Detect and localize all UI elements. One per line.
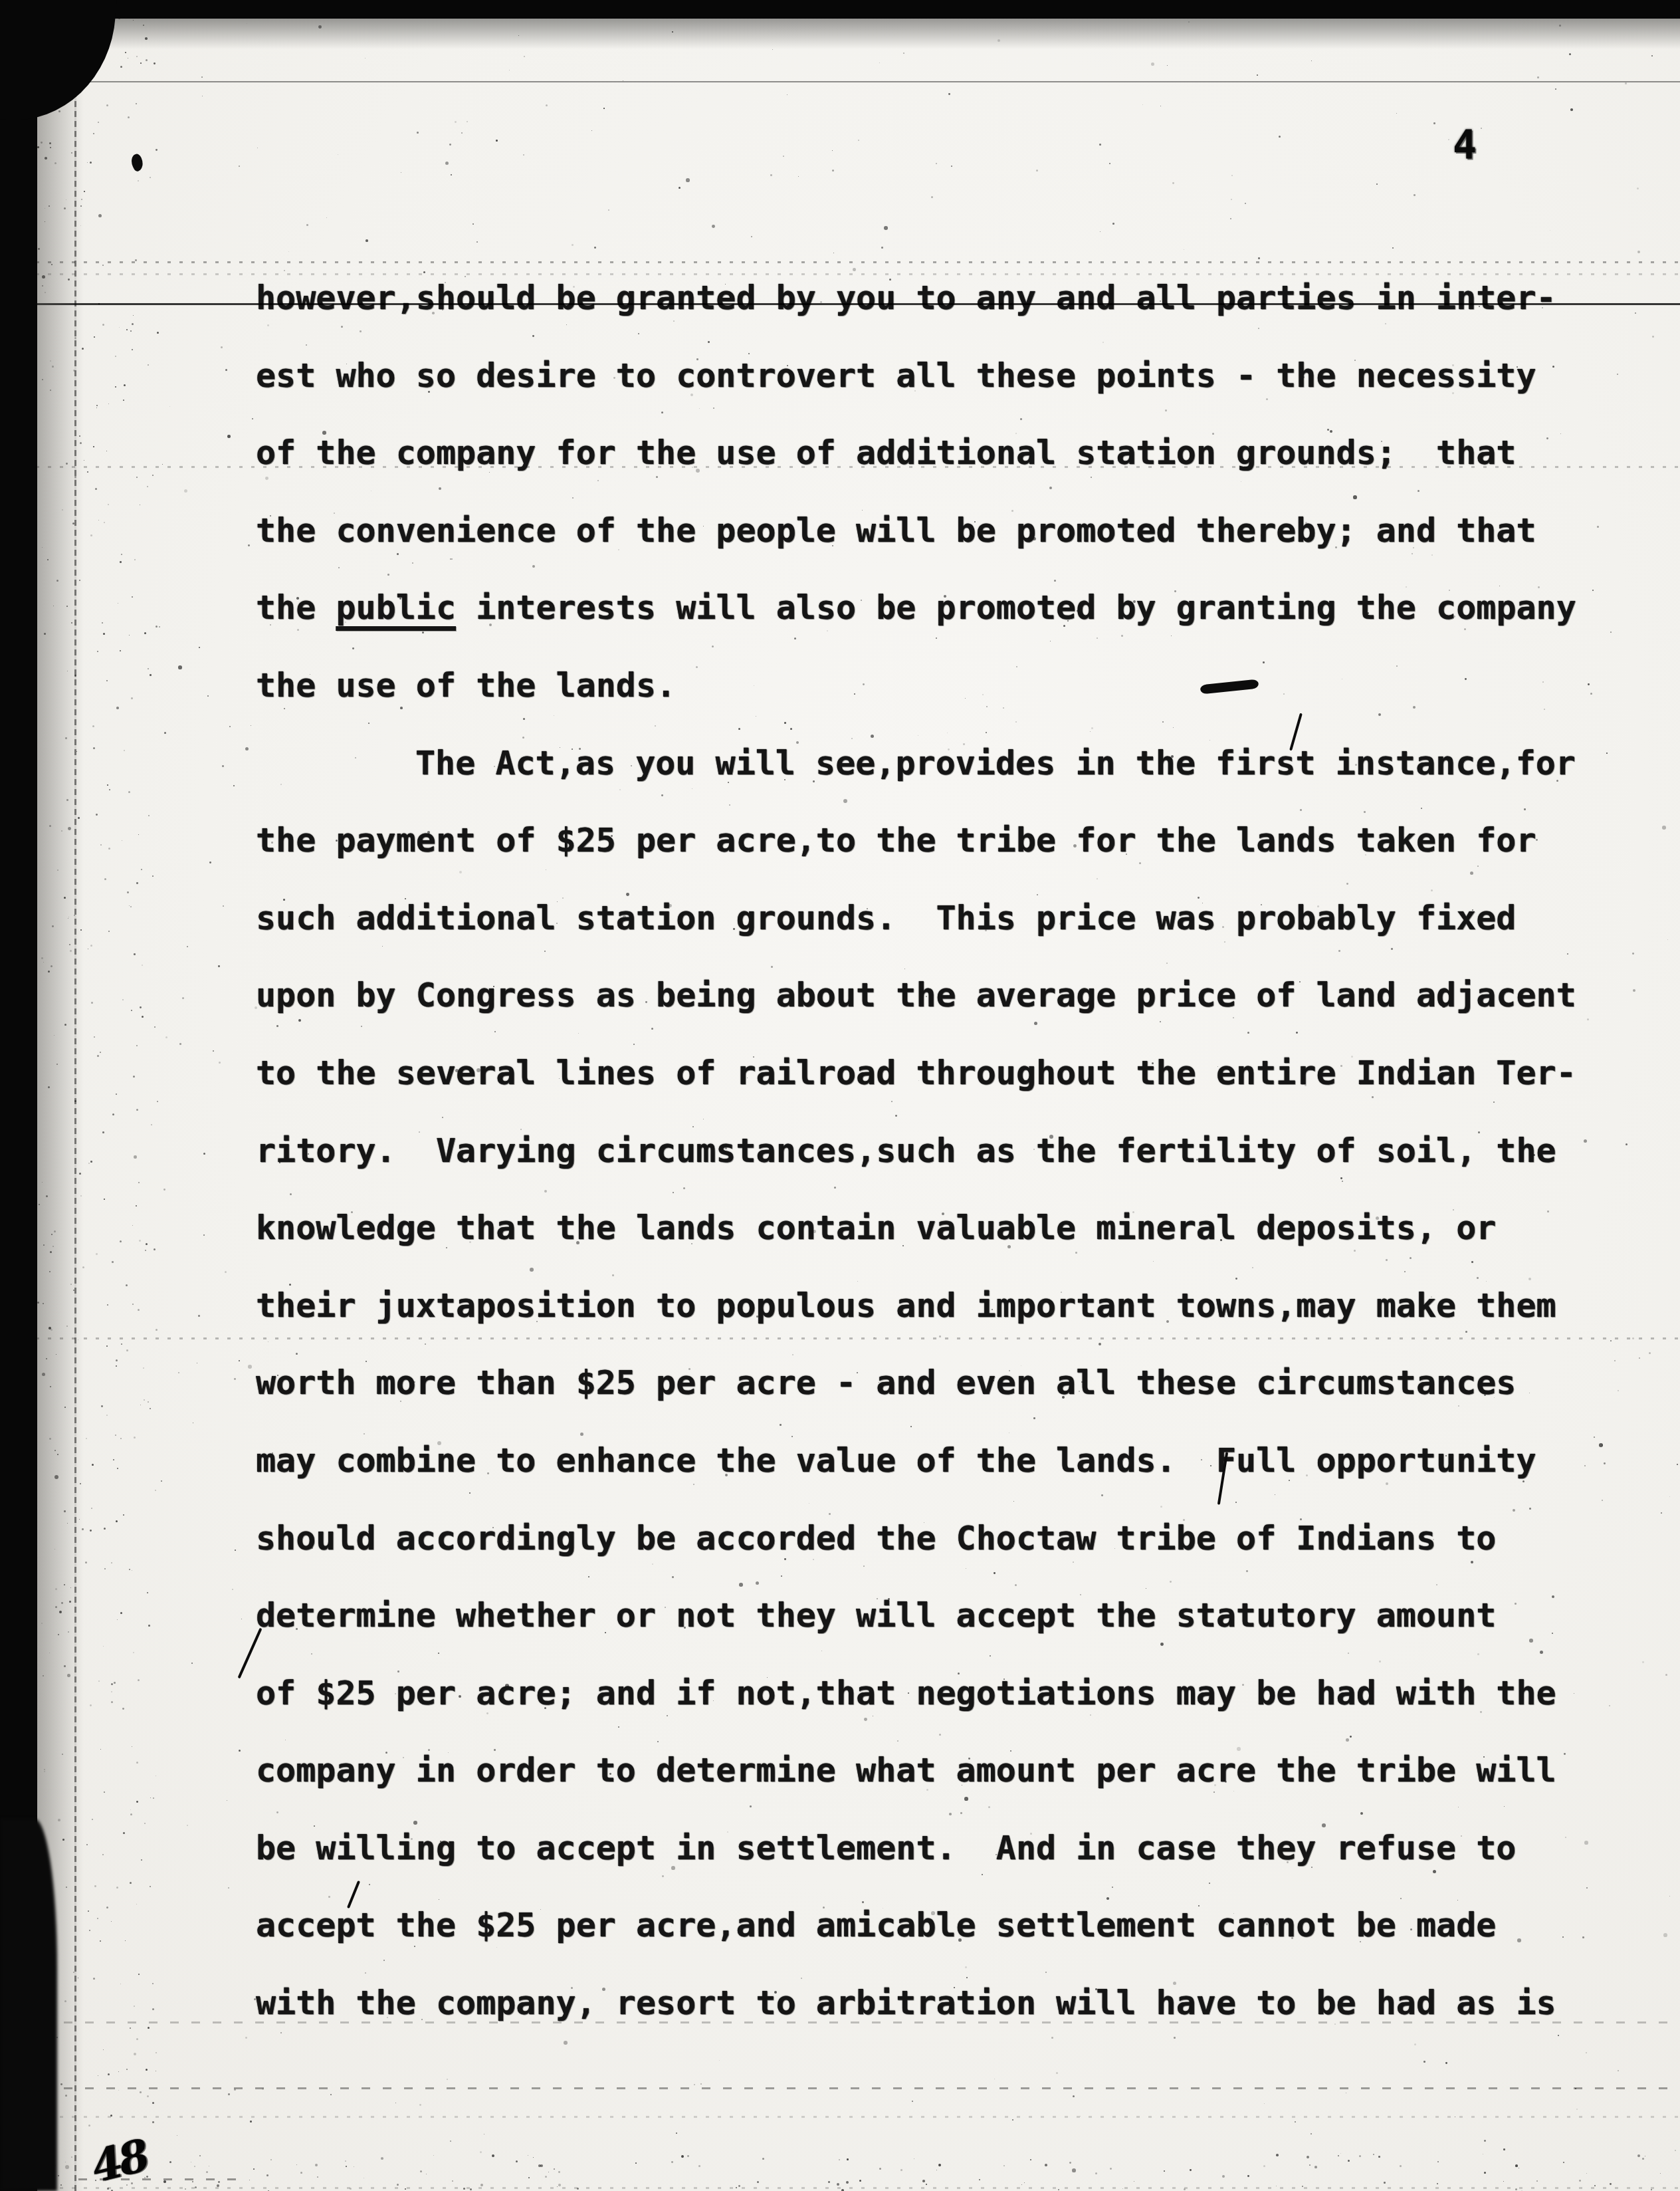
speck <box>178 1372 179 1373</box>
speck <box>123 400 124 401</box>
speck <box>1164 2170 1165 2172</box>
speck <box>1675 2150 1676 2151</box>
speck <box>1314 2166 1317 2168</box>
speck <box>111 1701 113 1703</box>
speck <box>417 132 419 134</box>
speck <box>1095 2172 1097 2174</box>
speck <box>234 1378 236 1380</box>
speck <box>118 603 118 604</box>
speck <box>120 650 121 651</box>
speck <box>914 2158 914 2159</box>
scan-artifact-line <box>0 2187 1680 2189</box>
speck <box>121 1343 122 1345</box>
speck <box>545 2176 547 2178</box>
speck <box>1437 2161 1439 2162</box>
speck <box>712 225 715 228</box>
speck <box>1110 2168 1112 2170</box>
speck <box>251 725 251 726</box>
speck <box>141 869 142 870</box>
typewritten-text: however,should be granted by you to any … <box>256 259 1658 2042</box>
speck <box>698 2165 700 2167</box>
scan-artifact-line <box>0 2021 1680 2023</box>
speck <box>492 2154 494 2157</box>
speck <box>115 386 116 388</box>
speck <box>136 1045 138 1046</box>
speck <box>1661 1512 1662 1514</box>
speck <box>572 244 574 246</box>
speck <box>129 635 130 635</box>
speck <box>1231 199 1232 200</box>
speck <box>179 1043 181 1045</box>
speck <box>136 56 138 57</box>
speck <box>138 180 139 181</box>
speck <box>100 1940 101 1942</box>
speck <box>1245 203 1246 204</box>
speck <box>121 554 122 555</box>
speck <box>115 1435 116 1436</box>
speck <box>96 1253 98 1255</box>
speck <box>476 241 478 243</box>
speck <box>533 2157 534 2158</box>
speck <box>1346 2093 1346 2093</box>
speck <box>1637 251 1640 253</box>
speck <box>445 162 449 165</box>
speck <box>1099 144 1101 146</box>
speck <box>345 2160 346 2162</box>
speck <box>1024 2182 1025 2183</box>
speck <box>192 2181 193 2182</box>
speck <box>1550 230 1550 231</box>
speck <box>120 1984 121 1984</box>
speck <box>1503 2181 1504 2182</box>
scan-artifact-line <box>0 273 1680 275</box>
speck <box>232 1589 233 1590</box>
speck <box>136 1205 137 1207</box>
speck <box>118 2071 119 2072</box>
speck <box>84 191 85 192</box>
speck <box>554 2168 555 2170</box>
speck <box>1384 2182 1386 2184</box>
speck <box>187 1825 188 1826</box>
text-line: may combine to enhance the value of the … <box>256 1422 1658 1500</box>
speck <box>679 187 681 189</box>
speck <box>143 1367 144 1369</box>
speck <box>209 2166 209 2166</box>
speck <box>1338 2155 1339 2156</box>
speck <box>241 1619 242 1619</box>
speck <box>108 404 109 404</box>
speck <box>426 2174 427 2174</box>
speck <box>676 2133 677 2134</box>
speck <box>1142 104 1143 105</box>
speck <box>1396 113 1397 114</box>
speck <box>249 2180 250 2180</box>
speck <box>153 1797 154 1799</box>
speck <box>96 814 98 816</box>
text-line: such additional station grounds. This pr… <box>256 879 1658 957</box>
speck <box>148 1625 150 1627</box>
speck <box>152 875 154 877</box>
margin-rule-horizontal <box>72 81 1680 82</box>
speck <box>197 1363 197 1363</box>
speck <box>1481 128 1482 129</box>
speck <box>1151 62 1154 66</box>
speck <box>288 251 289 252</box>
speck <box>133 1076 135 1078</box>
speck <box>136 1801 138 1803</box>
speck <box>798 176 799 177</box>
speck <box>936 2170 937 2170</box>
speck <box>252 418 253 419</box>
speck <box>719 2060 720 2061</box>
speck <box>202 96 203 96</box>
speck <box>233 785 235 786</box>
speck <box>257 148 258 148</box>
speck <box>151 1124 152 1125</box>
speck <box>365 58 366 58</box>
speck <box>1058 2189 1059 2190</box>
speck <box>104 1199 105 1200</box>
speck <box>1184 249 1184 250</box>
speck <box>694 2084 695 2085</box>
speck <box>1045 2164 1047 2166</box>
speck <box>131 697 133 699</box>
speck <box>104 1791 105 1793</box>
speck <box>245 747 249 750</box>
speck <box>227 435 231 438</box>
speck <box>126 1349 128 1351</box>
speck <box>98 2075 98 2076</box>
speck <box>484 2134 484 2134</box>
speck <box>122 999 124 1000</box>
speck <box>1651 2189 1652 2190</box>
speck <box>509 70 510 70</box>
speck <box>225 369 227 371</box>
speck <box>156 149 157 151</box>
speck <box>1669 1496 1670 1497</box>
speck <box>111 1921 112 1922</box>
speck <box>1594 2185 1596 2186</box>
speck <box>922 2180 925 2182</box>
speck <box>401 172 401 173</box>
speck <box>92 725 94 727</box>
speck <box>1484 2140 1486 2142</box>
speck <box>132 349 133 350</box>
speck <box>783 156 784 157</box>
speck <box>138 1974 140 1975</box>
speck <box>1378 2156 1380 2158</box>
speck <box>201 76 203 78</box>
speck <box>194 2166 195 2167</box>
speck <box>317 2176 318 2178</box>
speck <box>397 2184 399 2186</box>
speck <box>538 2164 541 2167</box>
speck <box>1100 231 1101 232</box>
speck <box>229 726 231 727</box>
speck <box>95 488 97 490</box>
speck <box>169 2161 171 2163</box>
speck <box>144 1399 145 1401</box>
speck <box>461 132 463 134</box>
speck <box>130 1882 132 1884</box>
speck <box>199 2155 201 2156</box>
speck <box>1072 2168 1076 2172</box>
text-line: of $25 per acre; and if not,that negotia… <box>256 1655 1658 1732</box>
speck <box>540 2164 543 2167</box>
speck <box>603 108 605 109</box>
underlined-word: public <box>336 588 456 627</box>
speck <box>124 384 126 386</box>
speck <box>1586 2052 1587 2053</box>
speck <box>159 626 160 628</box>
speck <box>182 997 184 999</box>
speck <box>148 2027 150 2029</box>
speck <box>88 1910 89 1912</box>
speck <box>101 1405 103 1407</box>
speck <box>108 504 109 505</box>
speck <box>594 247 596 249</box>
speck <box>239 1750 241 1752</box>
speck <box>926 2184 927 2185</box>
speck <box>203 1153 205 1155</box>
speck <box>936 163 937 164</box>
speck <box>296 2164 297 2165</box>
speck <box>116 1520 118 1522</box>
speck <box>125 52 126 53</box>
speck <box>833 253 834 253</box>
speck <box>106 680 108 681</box>
speck <box>106 451 107 451</box>
speck <box>1392 247 1394 249</box>
speck <box>162 464 163 465</box>
speck <box>134 953 136 955</box>
speck <box>250 2121 252 2123</box>
speck <box>148 364 149 366</box>
speck <box>106 1415 108 1416</box>
speck <box>1445 2062 1447 2064</box>
speck <box>1610 2183 1612 2185</box>
speck <box>138 1679 140 1681</box>
speck <box>145 1250 146 1251</box>
speck <box>147 1592 148 1593</box>
scan-artifact-line <box>0 303 1680 305</box>
speck <box>130 2027 131 2029</box>
speck <box>248 544 250 546</box>
speck <box>111 1691 112 1692</box>
speck <box>452 2180 453 2182</box>
page-number: 4 <box>1453 122 1477 169</box>
speck <box>97 651 98 652</box>
speck <box>128 791 130 793</box>
speck <box>93 747 95 749</box>
speck <box>546 104 548 106</box>
speck <box>223 905 224 907</box>
speck <box>330 2094 332 2095</box>
speck <box>157 332 159 334</box>
speck <box>111 1562 112 1563</box>
speck <box>420 2170 422 2172</box>
speck <box>1172 182 1174 184</box>
speck <box>1348 2160 1350 2162</box>
speck <box>879 62 880 63</box>
speck <box>106 1345 108 1347</box>
speck <box>122 1708 124 1710</box>
speck <box>1483 2154 1483 2154</box>
text-line: knowledge that the lands contain valuabl… <box>256 1189 1658 1267</box>
speck <box>120 1438 122 1439</box>
speck <box>177 2135 177 2136</box>
speck <box>228 2093 230 2095</box>
speck <box>178 665 182 669</box>
speck <box>136 1904 137 1904</box>
speck <box>130 330 132 332</box>
speck <box>108 2073 110 2075</box>
speck <box>1484 2172 1486 2174</box>
speck <box>516 2160 518 2162</box>
speck <box>338 154 338 155</box>
scanned-document-page: 4 however,should be granted by you to an… <box>0 0 1680 2191</box>
speck <box>146 1243 148 1245</box>
speck <box>395 2103 396 2103</box>
speck <box>152 475 154 476</box>
text-line: of the company for the use of additional… <box>256 414 1658 492</box>
speck <box>191 2162 191 2162</box>
speck <box>1423 2061 1425 2063</box>
speck <box>979 2179 980 2180</box>
text-line: however,should be granted by you to any … <box>256 259 1658 337</box>
speck <box>96 407 97 408</box>
speck <box>1586 2173 1587 2174</box>
speck <box>163 1189 165 1191</box>
speck <box>136 1109 138 1111</box>
speck <box>1414 2043 1416 2045</box>
speck <box>472 223 474 225</box>
speck <box>124 750 125 751</box>
speck <box>938 2164 941 2166</box>
speck <box>100 1052 101 1053</box>
speck <box>90 1704 92 1706</box>
speck <box>879 2168 881 2170</box>
speck <box>136 477 138 478</box>
speck <box>1167 65 1168 66</box>
speck <box>207 695 209 697</box>
speck <box>1012 2119 1013 2121</box>
speck <box>847 2158 849 2160</box>
speck <box>161 1480 162 1482</box>
speck <box>1307 2156 1309 2158</box>
speck <box>156 1776 156 1776</box>
speck <box>1295 2121 1296 2123</box>
speck <box>1056 2072 1058 2074</box>
speck <box>859 2180 861 2182</box>
speck <box>832 150 833 151</box>
speck <box>136 2038 138 2040</box>
speck <box>1651 55 1653 57</box>
speck <box>1073 2095 1075 2097</box>
speck <box>90 162 92 164</box>
speck <box>112 1261 114 1263</box>
speck <box>548 2172 549 2172</box>
speck <box>140 62 142 64</box>
text-line: with the company, resort to arbitration … <box>256 1964 1658 2042</box>
speck <box>1662 826 1666 830</box>
speck <box>98 214 102 217</box>
speck <box>103 633 105 635</box>
speck <box>219 1062 221 1064</box>
speck <box>129 905 130 906</box>
speck <box>148 815 150 816</box>
scan-artifact-line <box>0 2116 1680 2118</box>
text-line: ritory. Varying circumstances,such as th… <box>256 1112 1658 1190</box>
speck <box>104 522 105 523</box>
speck <box>528 2155 528 2156</box>
scan-artifact-line <box>0 261 1680 263</box>
speck <box>104 878 106 880</box>
speck <box>558 2184 561 2186</box>
speck <box>154 62 156 64</box>
text-line: be willing to accept in settlement. And … <box>256 1809 1658 1887</box>
speck <box>1109 163 1110 164</box>
scan-edge-top-shadow <box>0 19 1680 49</box>
speck <box>128 116 130 118</box>
speck <box>140 1006 142 1008</box>
text-line: upon by Congress as being about the aver… <box>256 957 1658 1034</box>
speck <box>106 1906 108 1908</box>
speck <box>118 2090 119 2091</box>
speck <box>139 1240 141 1242</box>
speck <box>700 2083 702 2085</box>
speck <box>90 1530 92 1532</box>
speck <box>116 1887 118 1889</box>
speck <box>85 1561 87 1563</box>
speck <box>114 1682 116 1684</box>
text-line: the use of the lands. <box>256 647 1658 725</box>
speck <box>837 2183 839 2186</box>
speck <box>770 174 772 176</box>
speck <box>884 226 888 230</box>
speck <box>152 2008 154 2010</box>
speck <box>832 170 834 172</box>
text-line: determine whether or not they will accep… <box>256 1577 1658 1655</box>
speck <box>450 2140 451 2142</box>
speck <box>1257 74 1258 76</box>
speck <box>150 674 152 676</box>
speck <box>134 2053 136 2055</box>
speck <box>128 58 128 58</box>
speck <box>148 668 149 669</box>
speck <box>447 2079 448 2080</box>
speck <box>1677 1464 1678 1465</box>
speck <box>134 559 136 560</box>
speck <box>1515 2164 1518 2167</box>
speck <box>1637 2154 1640 2157</box>
speck <box>1618 2070 1619 2071</box>
scan-artifact-line <box>0 1337 1680 1339</box>
speck <box>1359 2155 1361 2157</box>
speck <box>152 2102 154 2104</box>
speck <box>1069 2162 1071 2164</box>
speck <box>1160 106 1161 106</box>
speck <box>206 2171 208 2173</box>
speck <box>120 66 122 68</box>
speck <box>1579 2180 1581 2182</box>
speck <box>103 2049 104 2050</box>
speck <box>98 122 99 123</box>
speck <box>903 53 904 54</box>
speck <box>1563 2162 1564 2163</box>
speck <box>480 2184 483 2186</box>
speck <box>116 1094 117 1095</box>
